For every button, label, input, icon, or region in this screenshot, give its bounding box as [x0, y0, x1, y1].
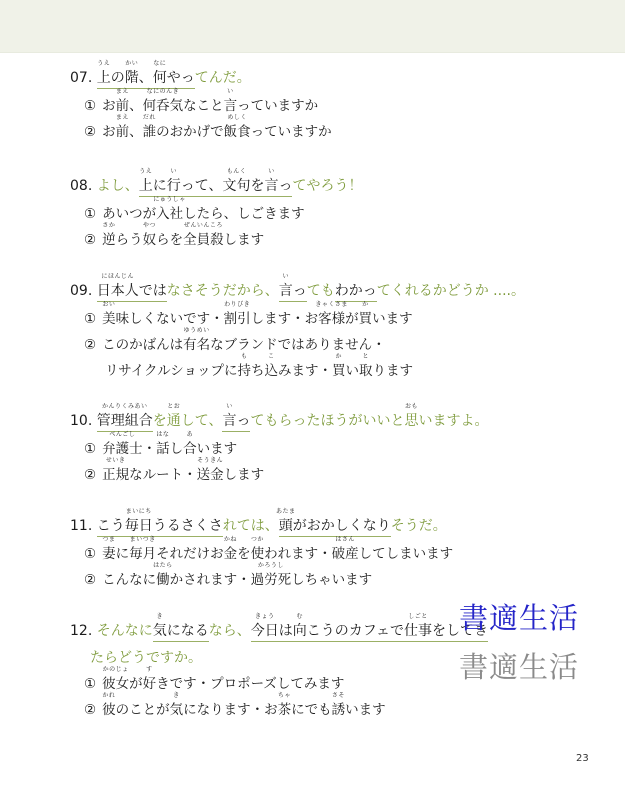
option-marker: ①	[84, 545, 96, 563]
kanji: 逆	[102, 232, 116, 248]
text: こうのカフェで	[307, 623, 404, 639]
grammar-point: なら、	[209, 622, 251, 640]
option-marker: ②	[84, 466, 96, 484]
furigana: ぜんいんころ	[184, 222, 223, 229]
furigana: き	[173, 692, 180, 699]
kanji: 飯食	[224, 124, 251, 140]
furigana: む	[296, 613, 303, 620]
kanji: 思	[404, 413, 418, 429]
page-header-band	[0, 0, 625, 53]
grammar-point: てくれるかどうか ....。	[377, 282, 525, 300]
underlined-phrase: あたま頭がおかしくなり	[279, 517, 391, 537]
text: します・お	[251, 311, 319, 327]
kanji: 誘	[332, 702, 346, 718]
text: ち	[251, 363, 265, 379]
sentence-08: 08. よし、うえ上にい行って、もんく文句をい言ってやろう！	[70, 168, 610, 197]
kanji: 言	[279, 283, 293, 299]
text: って、	[181, 178, 223, 194]
kanji: 文句	[222, 178, 250, 194]
kanji: 毎月	[129, 546, 156, 562]
text: なブランドではありません・	[210, 337, 386, 353]
kanji: 入社	[156, 206, 183, 222]
text: っ	[293, 283, 307, 299]
question-number: 09.	[70, 283, 92, 299]
furigana: きゃくさま	[315, 301, 348, 308]
watermark-gray: 書適生活	[459, 645, 579, 686]
furigana: にほんじん	[101, 273, 134, 280]
question-number: 08.	[70, 178, 92, 194]
furigana: こ	[268, 353, 275, 360]
text: われます・	[264, 546, 332, 562]
text: それだけお	[156, 546, 224, 562]
text: います	[372, 311, 413, 327]
furigana: か	[362, 301, 369, 308]
text: 、	[139, 70, 153, 86]
kanji: 持	[238, 363, 252, 379]
kanji: 正規	[102, 467, 129, 483]
kanji: 何	[153, 70, 167, 86]
text: います	[197, 441, 238, 457]
question-number: 12.	[70, 623, 92, 639]
furigana: ゆうめい	[184, 327, 210, 334]
kanji: 彼女	[102, 676, 129, 692]
option-marker: ①	[84, 440, 96, 458]
furigana: かい	[125, 60, 138, 67]
furigana: まいつき	[130, 536, 156, 543]
kanji: 茶	[278, 702, 292, 718]
furigana: か	[336, 353, 343, 360]
furigana: とお	[167, 403, 180, 410]
furigana: なにのんき	[147, 88, 180, 95]
kanji: 気	[170, 702, 184, 718]
underlined-phrase: にほんじん日本人では	[97, 282, 167, 302]
kanji: 向	[293, 623, 307, 639]
furigana: き	[156, 613, 163, 620]
furigana: あ	[187, 431, 194, 438]
option-marker: ①	[84, 97, 96, 115]
option-2: ②かれ彼のことがき気になります・おちゃ茶にでもさそ誘います	[70, 693, 610, 719]
kanji: 過労死	[251, 572, 292, 588]
option-2: ②せいき正規なルート・そうきん送金します	[70, 458, 610, 484]
furigana: い	[268, 168, 275, 175]
option-2: ②こんなにはたら働かされます・かろうし過労死しちゃいます	[70, 563, 610, 589]
kanji: 言	[224, 98, 238, 114]
text: 、	[129, 124, 143, 140]
underlined-phrase: い言っ	[279, 282, 307, 302]
kanji: 有名	[183, 337, 210, 353]
kanji: 合	[183, 441, 197, 457]
kanji: 買	[332, 363, 346, 379]
text: がおかしくなり	[293, 518, 391, 534]
kanji: 働	[156, 572, 170, 588]
text: のおかげで	[156, 124, 224, 140]
text: い	[346, 363, 360, 379]
kanji: 取	[359, 363, 373, 379]
furigana: はさん	[335, 536, 355, 543]
furigana: かね	[224, 536, 237, 543]
underlined-phrase: うえ上にい行って、もんく文句をい言っ	[139, 177, 293, 197]
text: てもらったほうがいいと	[250, 413, 404, 429]
kanji: 行	[167, 178, 181, 194]
kanji: 言	[222, 413, 236, 429]
kanji: 奴	[143, 232, 157, 248]
furigana: かれ	[102, 692, 115, 699]
furigana: きょう	[255, 613, 275, 620]
kanji: 頭	[279, 518, 293, 534]
text: お	[102, 98, 116, 114]
underlined-phrase: かんりくみあい管理組合	[97, 412, 153, 432]
text: ・	[143, 441, 157, 457]
question-number: 07.	[70, 70, 92, 86]
furigana: だれ	[143, 114, 156, 121]
kanji: 上	[97, 70, 111, 86]
text: っていますか	[237, 98, 318, 114]
furigana: も	[241, 353, 248, 360]
furigana: はな	[156, 431, 169, 438]
text: に	[116, 546, 130, 562]
furigana: そうきん	[197, 457, 223, 464]
text: が	[129, 676, 143, 692]
furigana: あたま	[276, 508, 296, 515]
text: 、	[129, 98, 143, 114]
kanji: 日本人	[97, 283, 139, 299]
kanji: 使	[251, 546, 265, 562]
text: らう	[116, 232, 143, 248]
furigana: さか	[102, 222, 115, 229]
underlined-phrase: うえ上のかい階、なに何やっ	[97, 69, 195, 89]
grammar-point: そんなに	[97, 622, 153, 640]
text: こう	[97, 518, 125, 534]
text: こんなに	[102, 572, 156, 588]
text: 味しくないです・	[116, 311, 224, 327]
grammar-point: なさそうだから、	[167, 282, 279, 300]
option-marker: ①	[84, 205, 96, 223]
underlined-phrase: い言っ	[222, 412, 250, 432]
kanji: 気	[153, 623, 167, 639]
text: ります	[373, 363, 414, 379]
underlined-phrase: わかっ	[335, 282, 377, 302]
kanji: 客様	[318, 311, 345, 327]
text: っていますか	[251, 124, 332, 140]
text: し	[170, 441, 184, 457]
text: して、	[181, 413, 223, 429]
exercise-09: 09. にほんじん日本人ではなさそうだから、い言ってもわかってくれるかどうか .…	[70, 273, 610, 380]
text: を	[237, 546, 251, 562]
text: なルート・	[129, 467, 197, 483]
furigana: おも	[405, 403, 418, 410]
kanji: 弁護士	[102, 441, 143, 457]
text: します	[224, 467, 265, 483]
text: を	[250, 178, 264, 194]
option-2: ②このかばんはゆうめい有名なブランドではありません・	[70, 328, 610, 354]
furigana: はたら	[153, 562, 173, 569]
text: になります・お	[183, 702, 278, 718]
text: きです・プロポーズしてみます	[156, 676, 344, 692]
text: このかばんは	[102, 337, 183, 353]
kanji: 前	[116, 98, 130, 114]
furigana: と	[363, 353, 370, 360]
furigana: かんりくみあい	[102, 403, 148, 410]
kanji: 好	[143, 676, 157, 692]
option-2-continuation: リサイクルショップにも持ちこ込みます・か買いと取ります	[70, 354, 610, 380]
text: みます・	[278, 363, 332, 379]
furigana: うえ	[139, 168, 152, 175]
furigana: い	[226, 403, 233, 410]
grammar-point: てんだ。	[195, 69, 251, 87]
kanji: 階	[125, 70, 139, 86]
kanji: 全員殺	[183, 232, 224, 248]
kanji: 破産	[332, 546, 359, 562]
furigana: にゅうしゃ	[153, 196, 185, 203]
text: らを	[156, 232, 183, 248]
grammar-point: てもらったほうがいいとおも思いますよ。	[250, 412, 488, 430]
underlined-phrase: きょう今日はむ向こうのカフェでしごと仕事をしてき	[251, 622, 488, 642]
option-marker: ①	[84, 675, 96, 693]
furigana: ちゃ	[278, 692, 291, 699]
text: にでも	[291, 702, 332, 718]
grammar-point: よし、	[97, 177, 139, 195]
exercise-08: 08. よし、うえ上にい行って、もんく文句をい言ってやろう！ ①あいつがにゅうし…	[70, 168, 610, 249]
exercise-07: 07. うえ上のかい階、なに何やってんだ。 ①おまえ前、なにのんき何呑気なことい…	[70, 60, 610, 141]
text: リサイクルショップに	[105, 363, 238, 379]
text: うるさくさ	[153, 518, 223, 534]
text: お	[102, 124, 116, 140]
text: に	[153, 178, 167, 194]
grammar-point: をとお通して、	[153, 412, 223, 430]
furigana: おい	[102, 301, 115, 308]
furigana: なに	[153, 60, 166, 67]
option-1: ①つま妻にまいつき毎月それだけおかね金をつか使われます・はさん破産してしまいます	[70, 537, 610, 563]
kanji: 通	[167, 413, 181, 429]
text: では	[139, 283, 167, 299]
text: しちゃいます	[291, 572, 372, 588]
kanji: 毎日	[125, 518, 153, 534]
furigana: まいにち	[126, 508, 152, 515]
kanji: 前	[116, 124, 130, 140]
text: っ	[236, 413, 250, 429]
grammar-point: ても	[307, 282, 335, 300]
text: あいつが	[102, 206, 156, 222]
watermark-blue: 書適生活	[459, 596, 579, 637]
kanji: 上	[139, 178, 153, 194]
page-number: 23	[576, 753, 589, 764]
exercise-11: 11. こうまいにち毎日うるさくされては、あたま頭がおかしくなりそうだ。 ①つま…	[70, 508, 610, 589]
text: のことが	[116, 702, 170, 718]
kanji: 買	[359, 311, 373, 327]
kanji: 妻	[102, 546, 116, 562]
furigana: しごと	[408, 613, 428, 620]
furigana: かろうし	[258, 562, 284, 569]
kanji: 誰	[143, 124, 157, 140]
kanji: 今日	[251, 623, 279, 639]
kanji: 金	[224, 546, 238, 562]
kanji: 何呑気	[143, 98, 184, 114]
text: してしまいます	[359, 546, 454, 562]
option-1: ①おい美味しくないです・わりびき割引します・おきゃくさま客様がか買います	[70, 302, 610, 328]
underlined-phrase: き気になる	[153, 622, 209, 642]
furigana: す	[146, 666, 153, 673]
text: になる	[167, 623, 209, 639]
furigana: べんごし	[109, 431, 135, 438]
kanji: 管理組合	[97, 413, 153, 429]
underlined-phrase: こうまいにち毎日うるさくさ	[97, 517, 223, 537]
option-1: ①べんごし弁護士・はな話しあ合います	[70, 432, 610, 458]
kanji: 話	[156, 441, 170, 457]
sentence-11: 11. こうまいにち毎日うるさくされては、あたま頭がおかしくなりそうだ。	[70, 508, 610, 537]
furigana: まえ	[116, 88, 129, 95]
grammar-point: てやろう！	[292, 177, 362, 195]
text: っ	[278, 178, 292, 194]
text: かされます・	[170, 572, 251, 588]
furigana: い	[227, 88, 234, 95]
kanji: 美	[102, 311, 116, 327]
option-marker: ②	[84, 701, 96, 719]
text: は	[279, 623, 293, 639]
kanji: 割引	[224, 311, 251, 327]
question-number: 10.	[70, 413, 92, 429]
option-marker: ①	[84, 310, 96, 328]
text: します	[224, 232, 265, 248]
kanji: 送金	[197, 467, 224, 483]
exercise-10: 10. かんりくみあい管理組合をとお通して、い言ってもらったほうがいいとおも思い…	[70, 403, 610, 484]
grammar-point: れては、	[223, 517, 279, 535]
text: したら、しごきます	[183, 206, 305, 222]
furigana: めしく	[227, 114, 247, 121]
option-1: ①おまえ前、なにのんき何呑気なことい言っていますか	[70, 89, 610, 115]
grammar-point: そうだ。	[391, 517, 447, 535]
sentence-07: 07. うえ上のかい階、なに何やってんだ。	[70, 60, 610, 89]
furigana: い	[170, 168, 177, 175]
kanji: 仕事	[404, 623, 432, 639]
grammar-point: たらどうですか。	[90, 649, 202, 667]
furigana: やつ	[143, 222, 156, 229]
kanji: 彼	[102, 702, 116, 718]
furigana: い	[282, 273, 289, 280]
option-marker: ②	[84, 231, 96, 249]
furigana: つか	[251, 536, 264, 543]
text: なこと	[183, 98, 224, 114]
option-2: ②おまえ前、だれ誰のおかげでめしく飯食っていますか	[70, 115, 610, 141]
option-2: ②さか逆らうやつ奴らをぜんいんころ全員殺します	[70, 223, 610, 249]
question-number: 11.	[70, 518, 92, 534]
text: います	[345, 702, 386, 718]
sentence-09: 09. にほんじん日本人ではなさそうだから、い言ってもわかってくれるかどうか .…	[70, 273, 610, 302]
furigana: うえ	[97, 60, 110, 67]
text: が	[345, 311, 359, 327]
option-1: ①あいつがにゅうしゃ入社したら、しごきます	[70, 197, 610, 223]
option-marker: ②	[84, 571, 96, 589]
text: やっ	[167, 70, 195, 86]
option-marker: ②	[84, 123, 96, 141]
text: いますよ。	[418, 413, 488, 429]
sentence-10: 10. かんりくみあい管理組合をとお通して、い言ってもらったほうがいいとおも思い…	[70, 403, 610, 432]
option-marker: ②	[84, 336, 96, 354]
furigana: まえ	[116, 114, 129, 121]
furigana: かのじょ	[103, 666, 129, 673]
furigana: つま	[102, 536, 115, 543]
kanji: 言	[264, 178, 278, 194]
furigana: さそ	[332, 692, 345, 699]
text: を	[153, 413, 167, 429]
kanji: 込	[265, 363, 279, 379]
furigana: もんく	[227, 168, 247, 175]
text: の	[111, 70, 125, 86]
furigana: せいき	[106, 457, 126, 464]
furigana: わりびき	[224, 301, 250, 308]
